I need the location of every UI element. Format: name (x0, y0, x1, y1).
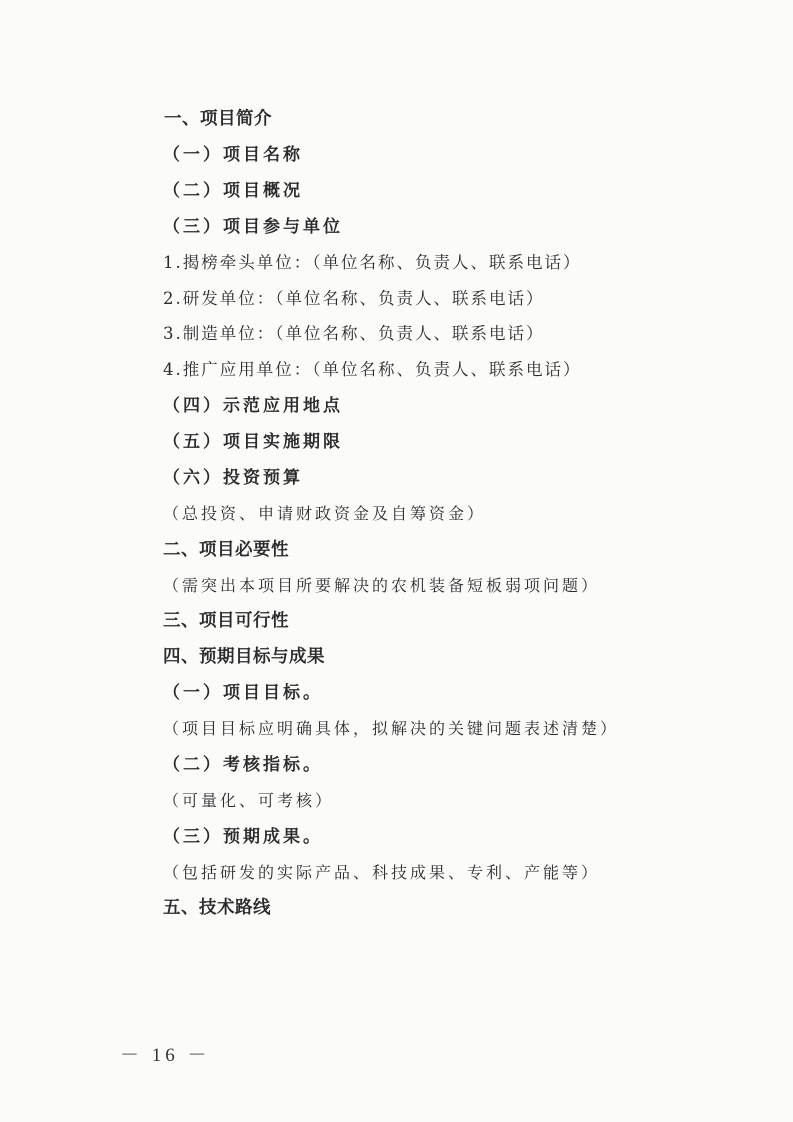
subheading-project-goals: （一）项目目标。 (163, 682, 323, 704)
heading-technical-route: 五、技术路线 (163, 897, 271, 919)
subheading-project-name: （一）项目名称 (163, 144, 303, 166)
participant-manufacturing-unit: 3.制造单位：（单位名称、负责人、联系电话） (163, 323, 545, 345)
subheading-participants: （三）项目参与单位 (163, 216, 343, 238)
subheading-budget: （六）投资预算 (163, 467, 303, 489)
participant-application-unit: 4.推广应用单位：（单位名称、负责人、联系电话） (163, 359, 582, 381)
participant-lead-unit: 1.揭榜牵头单位：（单位名称、负责人、联系电话） (163, 252, 582, 274)
subheading-assessment-metrics: （二）考核指标。 (163, 754, 323, 776)
subheading-expected-outcomes: （三）预期成果。 (163, 826, 323, 848)
assessment-metrics-note: （可量化、可考核） (163, 790, 334, 812)
subheading-project-overview: （二）项目概况 (163, 180, 303, 202)
heading-necessity: 二、项目必要性 (163, 539, 289, 561)
subheading-implementation-period: （五）项目实施期限 (163, 431, 343, 453)
document-page: 一、项目简介 （一）项目名称 （二）项目概况 （三）项目参与单位 1.揭榜牵头单… (0, 0, 793, 1122)
project-goals-note: （项目目标应明确具体，拟解决的关键问题表述清楚） (163, 718, 619, 740)
heading-goals-outcomes: 四、预期目标与成果 (163, 646, 325, 668)
heading-feasibility: 三、项目可行性 (163, 610, 289, 632)
page-number: － 16 － (120, 1040, 211, 1067)
expected-outcomes-note: （包括研发的实际产品、科技成果、专利、产能等） (163, 862, 600, 884)
subheading-demo-location: （四）示范应用地点 (163, 395, 343, 417)
heading-project-intro: 一、项目简介 (164, 108, 272, 130)
budget-note: （总投资、申请财政资金及自筹资金） (163, 503, 486, 525)
participant-rd-unit: 2.研发单位：（单位名称、负责人、联系电话） (163, 288, 545, 310)
necessity-note: （需突出本项目所要解决的农机装备短板弱项问题） (163, 575, 600, 597)
